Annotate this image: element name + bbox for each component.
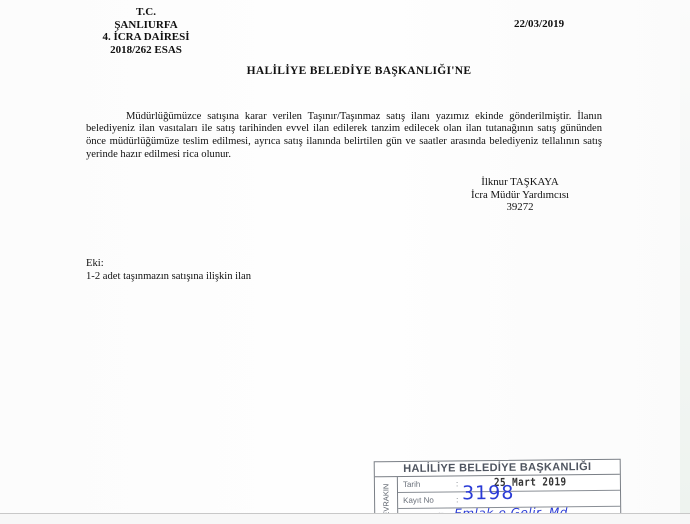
body-paragraph: Müdürlüğümüzce satışına karar verilen Ta… xyxy=(86,111,602,162)
issuer-header: T.C. ŞANLIURFA 4. İCRA DAİRESİ 2018/262 … xyxy=(86,6,206,56)
viewer-bottom-edge xyxy=(0,513,690,524)
stamp-referred-value: Emlak-e Gelir. Md. xyxy=(454,505,572,513)
signature-block: İlknur TAŞKAYA İcra Müdür Yardımcısı 392… xyxy=(440,176,600,214)
stamp-colon: : xyxy=(456,476,458,491)
addressee-text: HALİLİYE BELEDİYE BAŞKANLIĞI'NE xyxy=(247,65,472,77)
attachment-item: 1-2 adet taşınmazın satışına ilişkin ila… xyxy=(86,270,251,283)
stamp-side-label: EVRAKIN xyxy=(381,484,390,513)
document-page: T.C. ŞANLIURFA 4. İCRA DAİRESİ 2018/262 … xyxy=(0,0,690,513)
stamp-record-label: Kayıt No xyxy=(403,493,434,508)
issuer-country: T.C. xyxy=(86,6,206,19)
signer-title: İcra Müdür Yardımcısı xyxy=(440,189,600,202)
issuer-office: 4. İCRA DAİRESİ xyxy=(86,31,206,44)
stamp-side-column: EVRAKIN xyxy=(375,477,398,513)
stamp-record-value: 3198 xyxy=(462,486,515,502)
issuer-city: ŞANLIURFA xyxy=(86,19,206,32)
case-number: 2018/262 ESAS xyxy=(86,44,206,57)
attachments-label: Eki: xyxy=(86,257,251,270)
registry-stamp: HALİLİYE BELEDİYE BAŞKANLIĞI EVRAKIN Tar… xyxy=(374,459,622,513)
document-date: 22/03/2019 xyxy=(514,18,564,30)
attachments-block: Eki: 1-2 adet taşınmazın satışına ilişki… xyxy=(86,257,251,283)
signer-name: İlknur TAŞKAYA xyxy=(440,176,600,189)
signer-number: 39272 xyxy=(440,201,600,214)
stamp-date-label: Tarih xyxy=(403,477,420,492)
addressee-line: HALİLİYE BELEDİYE BAŞKANLIĞI'NE xyxy=(0,65,690,77)
stamp-colon: : xyxy=(456,492,458,507)
